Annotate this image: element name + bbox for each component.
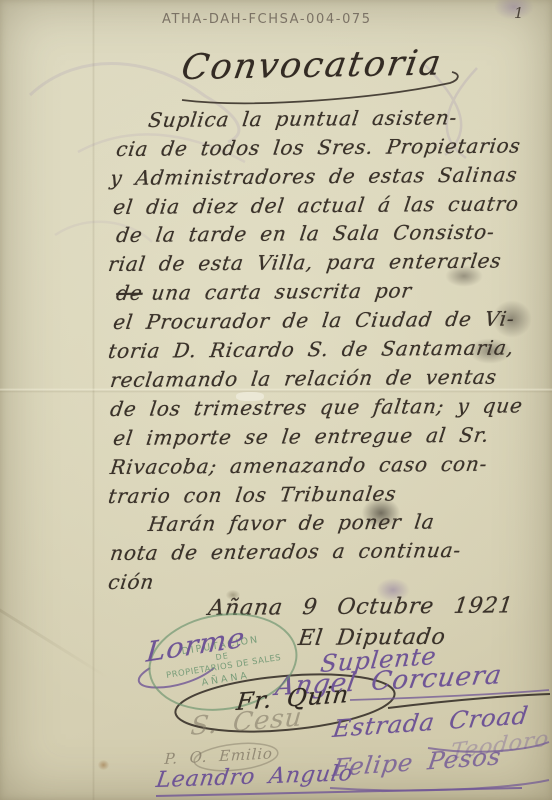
archive-reference-code: ATHA-DAH-FCHSA-004-075 xyxy=(162,12,372,27)
felipe-underline xyxy=(330,780,549,790)
body-line: de la tarde en la Sala Consisto- xyxy=(115,220,496,247)
page-number: 1 xyxy=(514,4,524,22)
body-line: el Procurador de la Ciudad de Vi- xyxy=(112,307,516,334)
body-line: nota de enterados a continua- xyxy=(109,538,463,565)
body-line: cia de todos los Sres. Propietarios xyxy=(115,133,523,161)
scanned-document-page: ATHA-DAH-FCHSA-004-075 1 Convocatoria Su… xyxy=(0,0,552,800)
body-line: el dia diez del actual á las cuatro xyxy=(112,191,521,219)
body-line: trario con los Tribunales xyxy=(107,481,398,508)
body-line: toria D. Ricardo S. de Santamaria, xyxy=(107,335,516,363)
body-line: el importe se le entregue al Sr. xyxy=(112,423,491,450)
body-line: de los trimestres que faltan; y que xyxy=(109,393,525,421)
corner-crease xyxy=(0,603,110,680)
body-line: Harán favor de poner la xyxy=(147,510,436,536)
body-line: una carta suscrita por xyxy=(150,278,413,304)
document-title: Convocatoria xyxy=(179,43,446,88)
body-line: reclamando la relación de ventas xyxy=(109,365,499,392)
body-line: Rivacoba; amenazando caso con- xyxy=(109,452,489,479)
vertical-fold-crease xyxy=(92,0,95,800)
crossed-out-word: de xyxy=(115,281,144,305)
body-line: Suplica la puntual asisten- xyxy=(147,105,459,132)
body-line-with-correction: deuna carta suscrita por xyxy=(115,278,414,305)
body-line: y Administradores de estas Salinas xyxy=(109,162,519,190)
body-line: rial de esta Villa, para enterarles xyxy=(107,249,503,276)
foxing-spot xyxy=(98,760,109,770)
body-line: ción xyxy=(107,570,156,594)
